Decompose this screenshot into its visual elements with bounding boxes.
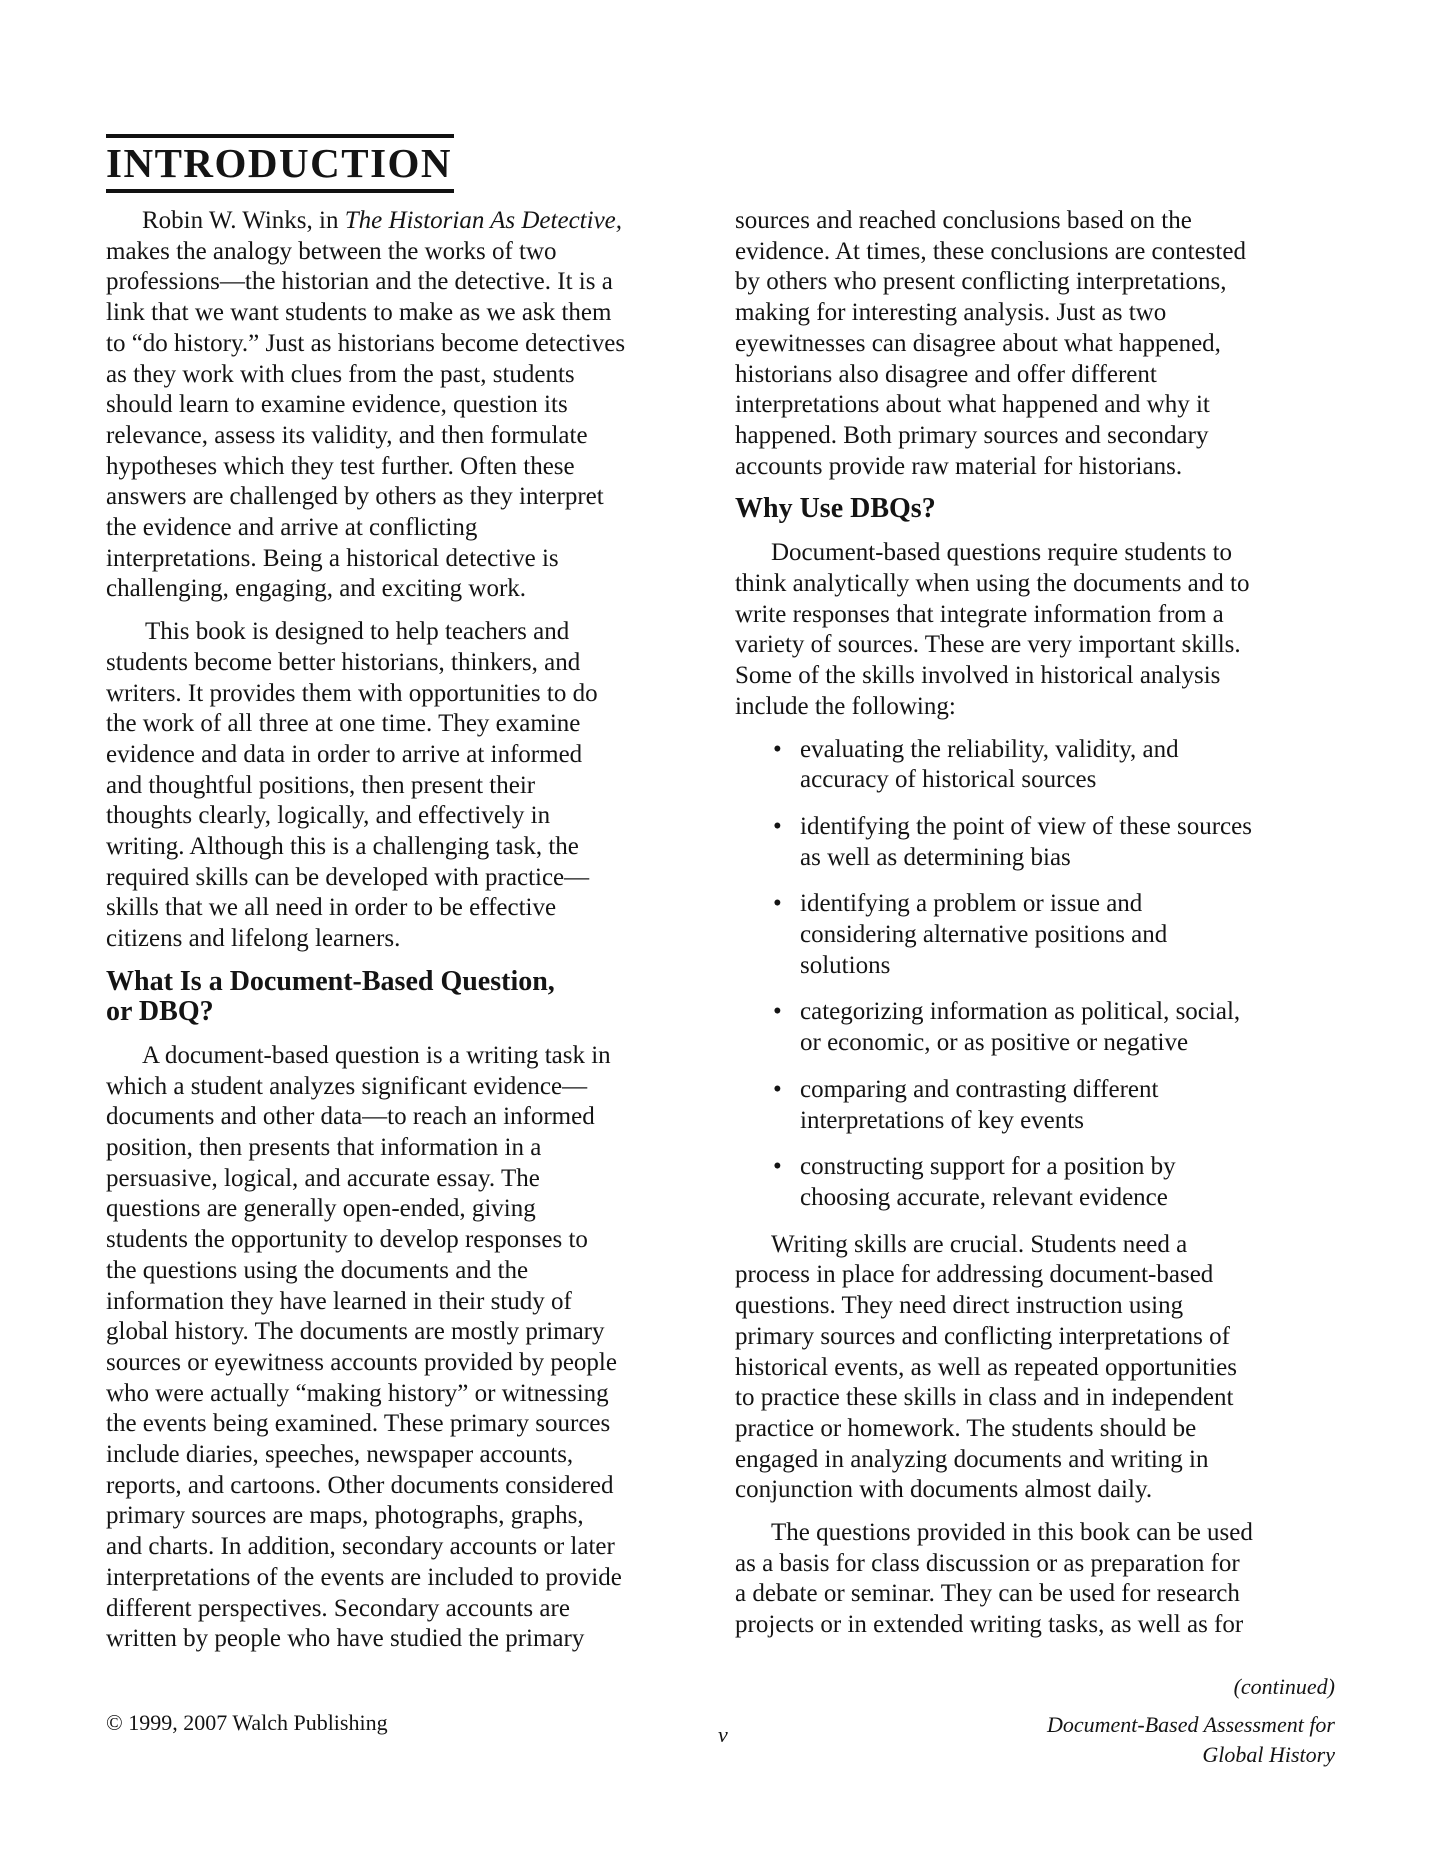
- list-item: • constructing support for a position by…: [735, 1152, 1335, 1213]
- text-line: relevance, assess its validity, and then…: [106, 421, 716, 452]
- text-line: interpretations. Being a historical dete…: [106, 544, 716, 575]
- footer-copyright: © 1999, 2007 Walch Publishing: [106, 1710, 388, 1736]
- heading-line: Why Use DBQs?: [735, 494, 1335, 524]
- text-line: the evidence and arrive at conflicting: [106, 513, 716, 544]
- text-line: categorizing information as political, s…: [800, 997, 1335, 1028]
- text-line: The questions provided in this book can …: [735, 1518, 1335, 1549]
- text-line: questions are generally open-ended, givi…: [106, 1194, 716, 1225]
- text-line: interpretations of key events: [800, 1106, 1335, 1137]
- text-line: as they work with clues from the past, s…: [106, 360, 716, 391]
- heading-line: What Is a Document-Based Question,: [106, 967, 716, 997]
- text-line: include the following:: [735, 692, 1335, 723]
- text-line: comparing and contrasting different: [800, 1075, 1335, 1106]
- text-line: global history. The documents are mostly…: [106, 1317, 716, 1348]
- list-item: • comparing and contrasting different in…: [735, 1075, 1335, 1136]
- title-block: INTRODUCTION: [106, 134, 454, 193]
- footer-book-title-line: Global History: [1047, 1740, 1335, 1770]
- text-line: identifying the point of view of these s…: [800, 812, 1335, 843]
- heading-line: or DBQ?: [106, 997, 716, 1027]
- list-item: • evaluating the reliability, validity, …: [735, 735, 1335, 796]
- text-line: or economic, or as positive or negative: [800, 1028, 1335, 1059]
- bullet-icon: •: [773, 1075, 782, 1106]
- text-line: write responses that integrate informati…: [735, 600, 1335, 631]
- text-line: as a basis for class discussion or as pr…: [735, 1549, 1335, 1580]
- text-line: This book is designed to help teachers a…: [106, 617, 716, 648]
- title-rule-bottom: [106, 189, 454, 193]
- text-line: choosing accurate, relevant evidence: [800, 1183, 1335, 1214]
- text-line: students become better historians, think…: [106, 648, 716, 679]
- text-line: evaluating the reliability, validity, an…: [800, 735, 1335, 766]
- footer-book-title-line: Document-Based Assessment for: [1047, 1710, 1335, 1740]
- bullet-icon: •: [773, 889, 782, 920]
- text-line: citizens and lifelong learners.: [106, 924, 716, 955]
- text-line: link that we want students to make as we…: [106, 298, 716, 329]
- text-line: identifying a problem or issue and: [800, 889, 1335, 920]
- text-line: constructing support for a position by: [800, 1152, 1335, 1183]
- text-line: and thoughtful positions, then present t…: [106, 771, 716, 802]
- list-item: • identifying the point of view of these…: [735, 812, 1335, 873]
- text-line: Robin W. Winks, in The Historian As Dete…: [106, 206, 716, 237]
- book-title-italic: The Historian As Detective,: [345, 207, 622, 234]
- text-line: practice or homework. The students shoul…: [735, 1414, 1335, 1445]
- text-line: include diaries, speeches, newspaper acc…: [106, 1440, 716, 1471]
- list-item: • categorizing information as political,…: [735, 997, 1335, 1058]
- text-line: engaged in analyzing documents and writi…: [735, 1445, 1335, 1476]
- text-line: which a student analyzes significant evi…: [106, 1072, 716, 1103]
- text-line: historians also disagree and offer diffe…: [735, 360, 1335, 391]
- text-line: different perspectives. Secondary accoun…: [106, 1594, 716, 1625]
- text-line: primary sources and conflicting interpre…: [735, 1322, 1335, 1353]
- text-line: happened. Both primary sources and secon…: [735, 421, 1335, 452]
- text-line: Document-based questions require student…: [735, 538, 1335, 569]
- paragraph-dbq-definition: A document-based question is a writing t…: [106, 1041, 716, 1655]
- text-line: making for interesting analysis. Just as…: [735, 298, 1335, 329]
- text-line: reports, and cartoons. Other documents c…: [106, 1471, 716, 1502]
- text-line: sources and reached conclusions based on…: [735, 206, 1335, 237]
- text-line: as well as determining bias: [800, 843, 1335, 874]
- text-line: required skills can be developed with pr…: [106, 863, 716, 894]
- text-line: accuracy of historical sources: [800, 765, 1335, 796]
- section-heading-why-use-dbqs: Why Use DBQs?: [735, 494, 1335, 524]
- text-line: projects or in extended writing tasks, a…: [735, 1610, 1335, 1641]
- paragraph-historian-detective: Robin W. Winks, in The Historian As Dete…: [106, 206, 716, 605]
- text-line: interpretations of the events are includ…: [106, 1563, 716, 1594]
- text-line: makes the analogy between the works of t…: [106, 237, 716, 268]
- text-line: primary sources are maps, photographs, g…: [106, 1501, 716, 1532]
- bullet-icon: •: [773, 812, 782, 843]
- text-line: evidence. At times, these conclusions ar…: [735, 237, 1335, 268]
- text-line: hypotheses which they test further. Ofte…: [106, 452, 716, 483]
- text-line: A document-based question is a writing t…: [106, 1041, 716, 1072]
- text-line: information they have learned in their s…: [106, 1287, 716, 1318]
- text-line: Some of the skills involved in historica…: [735, 661, 1335, 692]
- text-line: a debate or seminar. They can be used fo…: [735, 1579, 1335, 1610]
- page-title: INTRODUCTION: [106, 138, 454, 189]
- right-column: sources and reached conclusions based on…: [735, 206, 1335, 1653]
- text-line: historical events, as well as repeated o…: [735, 1353, 1335, 1384]
- text-line: questions. They need direct instruction …: [735, 1291, 1335, 1322]
- continued-note: (continued): [1234, 1674, 1335, 1700]
- paragraph-book-purpose: This book is designed to help teachers a…: [106, 617, 716, 955]
- text-line: written by people who have studied the p…: [106, 1624, 716, 1655]
- bullet-icon: •: [773, 1152, 782, 1183]
- text-line: answers are challenged by others as they…: [106, 482, 716, 513]
- text-line: writing. Although this is a challenging …: [106, 832, 716, 863]
- text-line: professions—the historian and the detect…: [106, 267, 716, 298]
- footer-page-number: v: [718, 1722, 728, 1748]
- text-line: Writing skills are crucial. Students nee…: [735, 1230, 1335, 1261]
- text-line: challenging, engaging, and exciting work…: [106, 574, 716, 605]
- bullet-icon: •: [773, 997, 782, 1028]
- footer-book-title: Document-Based Assessment for Global His…: [1047, 1710, 1335, 1770]
- text-line: documents and other data—to reach an inf…: [106, 1102, 716, 1133]
- paragraph-why-dbqs: Document-based questions require student…: [735, 538, 1335, 722]
- text-line: eyewitnesses can disagree about what hap…: [735, 329, 1335, 360]
- text-line: skills that we all need in order to be e…: [106, 893, 716, 924]
- text-line: writers. It provides them with opportuni…: [106, 679, 716, 710]
- text-line: the events being examined. These primary…: [106, 1409, 716, 1440]
- text-line: who were actually “making history” or wi…: [106, 1379, 716, 1410]
- text-line: persuasive, logical, and accurate essay.…: [106, 1164, 716, 1195]
- text-line: sources or eyewitness accounts provided …: [106, 1348, 716, 1379]
- text-span: Robin W. Winks, in: [142, 207, 345, 234]
- text-line: evidence and data in order to arrive at …: [106, 740, 716, 771]
- left-column: Robin W. Winks, in The Historian As Dete…: [106, 206, 716, 1667]
- text-line: interpretations about what happened and …: [735, 390, 1335, 421]
- text-line: solutions: [800, 951, 1335, 982]
- text-line: the work of all three at one time. They …: [106, 709, 716, 740]
- text-line: to practice these skills in class and in…: [735, 1383, 1335, 1414]
- text-line: students the opportunity to develop resp…: [106, 1225, 716, 1256]
- text-line: position, then presents that information…: [106, 1133, 716, 1164]
- text-line: think analytically when using the docume…: [735, 569, 1335, 600]
- text-line: considering alternative positions and: [800, 920, 1335, 951]
- section-heading-what-is-dbq: What Is a Document-Based Question, or DB…: [106, 967, 716, 1027]
- text-line: and charts. In addition, secondary accou…: [106, 1532, 716, 1563]
- text-line: thoughts clearly, logically, and effecti…: [106, 801, 716, 832]
- text-line: should learn to examine evidence, questi…: [106, 390, 716, 421]
- text-line: variety of sources. These are very impor…: [735, 630, 1335, 661]
- text-line: process in place for addressing document…: [735, 1260, 1335, 1291]
- text-line: by others who present conflicting interp…: [735, 267, 1335, 298]
- skills-list: • evaluating the reliability, validity, …: [735, 735, 1335, 1214]
- text-line: to “do history.” Just as historians beco…: [106, 329, 716, 360]
- text-line: conjunction with documents almost daily.: [735, 1475, 1335, 1506]
- paragraph-writing-skills: Writing skills are crucial. Students nee…: [735, 1230, 1335, 1506]
- paragraph-question-uses: The questions provided in this book can …: [735, 1518, 1335, 1641]
- paragraph-continued-sources: sources and reached conclusions based on…: [735, 206, 1335, 482]
- text-line: the questions using the documents and th…: [106, 1256, 716, 1287]
- text-line: accounts provide raw material for histor…: [735, 452, 1335, 483]
- bullet-icon: •: [773, 735, 782, 766]
- list-item: • identifying a problem or issue and con…: [735, 889, 1335, 981]
